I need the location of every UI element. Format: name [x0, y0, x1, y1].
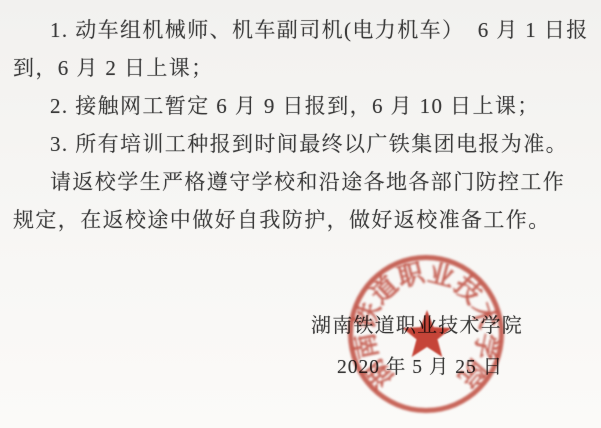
notice-line: 1. 动车组机械师、机车副司机(电力机车） 6 月 1 日报: [13, 11, 593, 49]
notice-line: 3. 所有培训工种报到时间最终以广铁集团电报为准。: [13, 125, 593, 163]
signature-org: 湖南铁道职业技术学院: [311, 309, 523, 338]
notice-line: 2. 接触网工暂定 6 月 9 日报到，6 月 10 日上课；: [13, 87, 593, 125]
notice-body: 1. 动车组机械师、机车副司机(电力机车） 6 月 1 日报到，6 月 2 日上…: [13, 11, 593, 239]
notice-line: 请返校学生严格遵守学校和沿途各地各部门防控工作: [13, 163, 593, 201]
scanned-notice-document: 1. 动车组机械师、机车副司机(电力机车） 6 月 1 日报到，6 月 2 日上…: [0, 0, 601, 428]
notice-line: 规定，在返校途中做好自我防护，做好返校准备工作。: [13, 201, 593, 239]
signature-date: 2020 年 5 月 25 日: [337, 351, 503, 379]
notice-line: 到，6 月 2 日上课；: [13, 49, 593, 87]
